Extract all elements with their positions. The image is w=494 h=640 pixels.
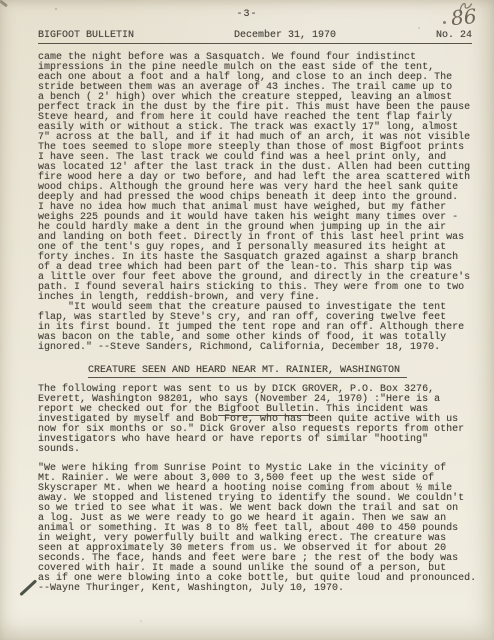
masthead-issue: No. 24 [436, 30, 472, 41]
rainier-article-heading: CREATURE SEEN AND HEARD NEAR MT. RAINIER… [88, 365, 407, 378]
sanders-report-paragraph: came the night before was a Sasquatch. W… [38, 53, 488, 353]
masthead-title: BIGFOOT BULLETIN [38, 30, 134, 41]
masthead: BIGFOOT BULLETIN December 31, 1970 No. 2… [38, 30, 472, 44]
handwritten-page-number: 86 [450, 6, 477, 28]
thuringer-report-paragraph: "We were hiking from Sunrise Point to My… [38, 464, 488, 594]
pen-dot-mark [443, 21, 446, 24]
scan-speck [140, 620, 142, 622]
pen-checkmark-stroke [19, 579, 39, 597]
scan-corner-mark [0, 0, 8, 7]
grover-intro-paragraph: The following report was sent to us by D… [38, 385, 488, 455]
masthead-date: December 31, 1970 [234, 30, 336, 41]
scanned-bulletin-page: -3- 86 BIGFOOT BULLETIN December 31, 197… [0, 0, 494, 640]
page-number: -3- [0, 9, 494, 20]
scan-speck [418, 27, 420, 29]
